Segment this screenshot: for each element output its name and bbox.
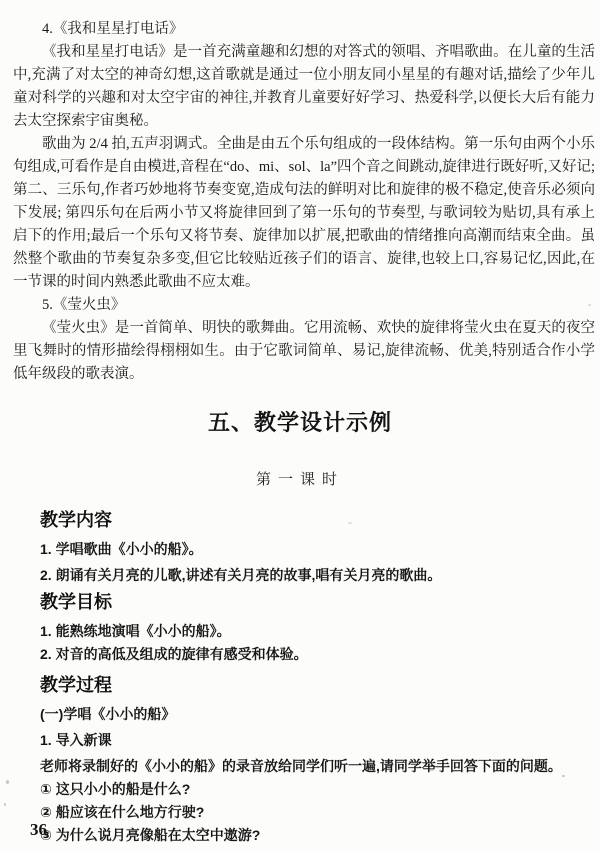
page-number: 36 — [30, 820, 47, 840]
scan-artifact-speck — [588, 304, 591, 306]
teaching-content-item-2: 2. 朗诵有关月亮的儿歌,讲述有关月亮的故事,唱有关月亮的歌曲。 — [40, 564, 584, 587]
song5-title: 5.《莹火虫》 — [13, 294, 595, 317]
discussion-question-1: ① 这只小小的船是什么? — [40, 778, 584, 801]
song4-description-paragraph: 《我和星星打电话》是一首充满童趣和幻想的对答式的领唱、齐唱歌曲。在儿童的生活中,… — [13, 41, 595, 133]
process-part-one-label: (一)学唱《小小的船》 — [40, 703, 584, 726]
teaching-content-item-1: 1. 学唱歌曲《小小的船》。 — [40, 538, 584, 561]
teaching-process-heading: 教学过程 — [40, 673, 584, 697]
discussion-question-2: ② 船应该在什么地方行驶? — [40, 801, 584, 824]
song4-title: 4.《我和星星打电话》 — [13, 18, 595, 41]
spacer — [40, 666, 584, 673]
section-heading-teaching-design-examples: 五、教学设计示例 — [0, 406, 600, 437]
teaching-goal-item-2: 2. 对音的高低及组成的旋律有感受和体验。 — [40, 643, 584, 666]
teaching-goals-heading: 教学目标 — [40, 590, 584, 614]
lesson-one-subheading: 第一课时 — [0, 468, 600, 489]
song-analysis-article: 4.《我和星星打电话》 《我和星星打电话》是一首充满童趣和幻想的对答式的领唱、齐… — [13, 18, 595, 386]
song5-description-paragraph: 《莹火虫》是一首简单、明快的歌舞曲。它用流畅、欢快的旋律将莹火虫在夏天的夜空里飞… — [13, 317, 595, 386]
process-intro-paragraph: 老师将录制好的《小小的船》的录音放给同学们听一遍,请同学举手回答下面的问题。 — [40, 755, 584, 778]
song4-musical-analysis-paragraph: 歌曲为 2/4 拍,五声羽调式。全曲是由五个乐句组成的一段体结构。第一乐句由两个… — [13, 133, 595, 294]
scanned-book-page: 4.《我和星星打电话》 《我和星星打电话》是一首充满童趣和幻想的对答式的领唱、齐… — [0, 0, 600, 852]
teaching-content-heading: 教学内容 — [40, 508, 584, 532]
discussion-question-3: ③ 为什么说月亮像船在太空中遨游? — [40, 824, 584, 847]
scan-artifact-speck — [348, 522, 352, 524]
scan-artifact-speck — [4, 803, 6, 806]
scan-artifact-speck — [430, 768, 434, 771]
teaching-goal-item-1: 1. 能熟练地演唱《小小的船》。 — [40, 620, 584, 643]
process-step-intro-new-lesson: 1. 导入新课 — [40, 729, 584, 752]
teaching-design-outline: 教学内容 1. 学唱歌曲《小小的船》。 2. 朗诵有关月亮的儿歌,讲述有关月亮的… — [40, 508, 584, 847]
scan-artifact-speck — [562, 775, 565, 777]
scan-artifact-speck — [6, 780, 9, 784]
